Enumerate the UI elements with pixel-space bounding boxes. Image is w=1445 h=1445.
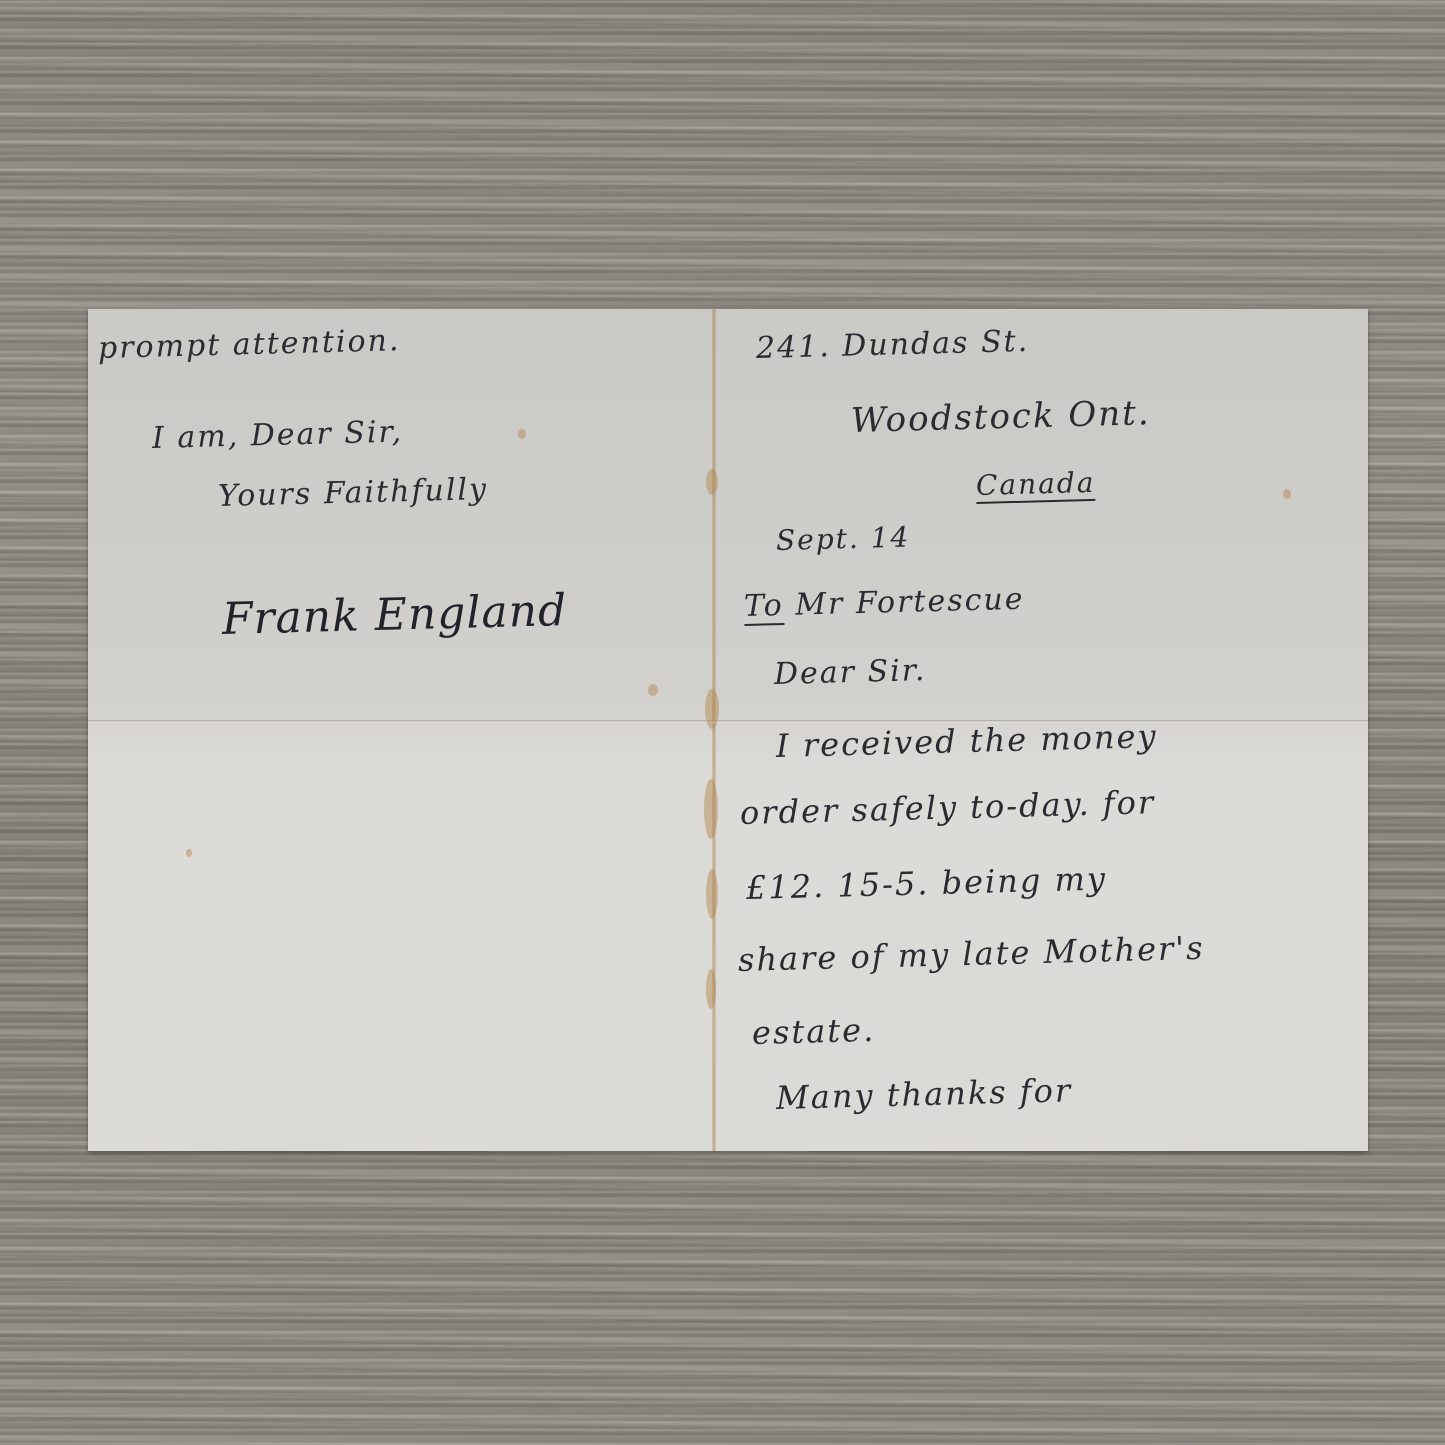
address-street: 241. Dundas St.	[756, 324, 1030, 366]
body-line-3: £12. 15-5. being my	[746, 860, 1108, 907]
letter-right-panel: 241. Dundas St. Woodstock Ont. Canada Se…	[716, 309, 1368, 1151]
body-line-2: order safely to-day. for	[740, 783, 1156, 832]
signature: Frank England	[221, 585, 567, 645]
age-stain	[186, 849, 192, 857]
recipient-name: Mr Fortescue	[795, 582, 1025, 623]
recipient-line: To Mr Fortescue	[744, 582, 1025, 624]
recipient-prefix: To	[744, 588, 785, 626]
closing-line-2: I am, Dear Sir,	[152, 414, 404, 456]
address-country: Canada	[976, 466, 1096, 504]
letter-date: Sept. 14	[776, 520, 911, 557]
body-line-6: Many thanks for	[776, 1071, 1073, 1117]
letter-left-panel: prompt attention. I am, Dear Sir, Yours …	[88, 309, 712, 720]
body-line-4: share of my late Mother's	[738, 929, 1205, 979]
age-stain	[706, 969, 716, 1009]
closing-line-1: prompt attention.	[98, 323, 401, 366]
body-line-5: estate.	[752, 1011, 876, 1052]
handwritten-letter: prompt attention. I am, Dear Sir, Yours …	[88, 309, 1368, 1151]
closing-line-3: Yours Faithfully	[218, 472, 489, 514]
body-line-1: I received the money	[776, 717, 1158, 765]
address-city: Woodstock Ont.	[850, 393, 1151, 441]
salutation: Dear Sir.	[774, 653, 927, 692]
